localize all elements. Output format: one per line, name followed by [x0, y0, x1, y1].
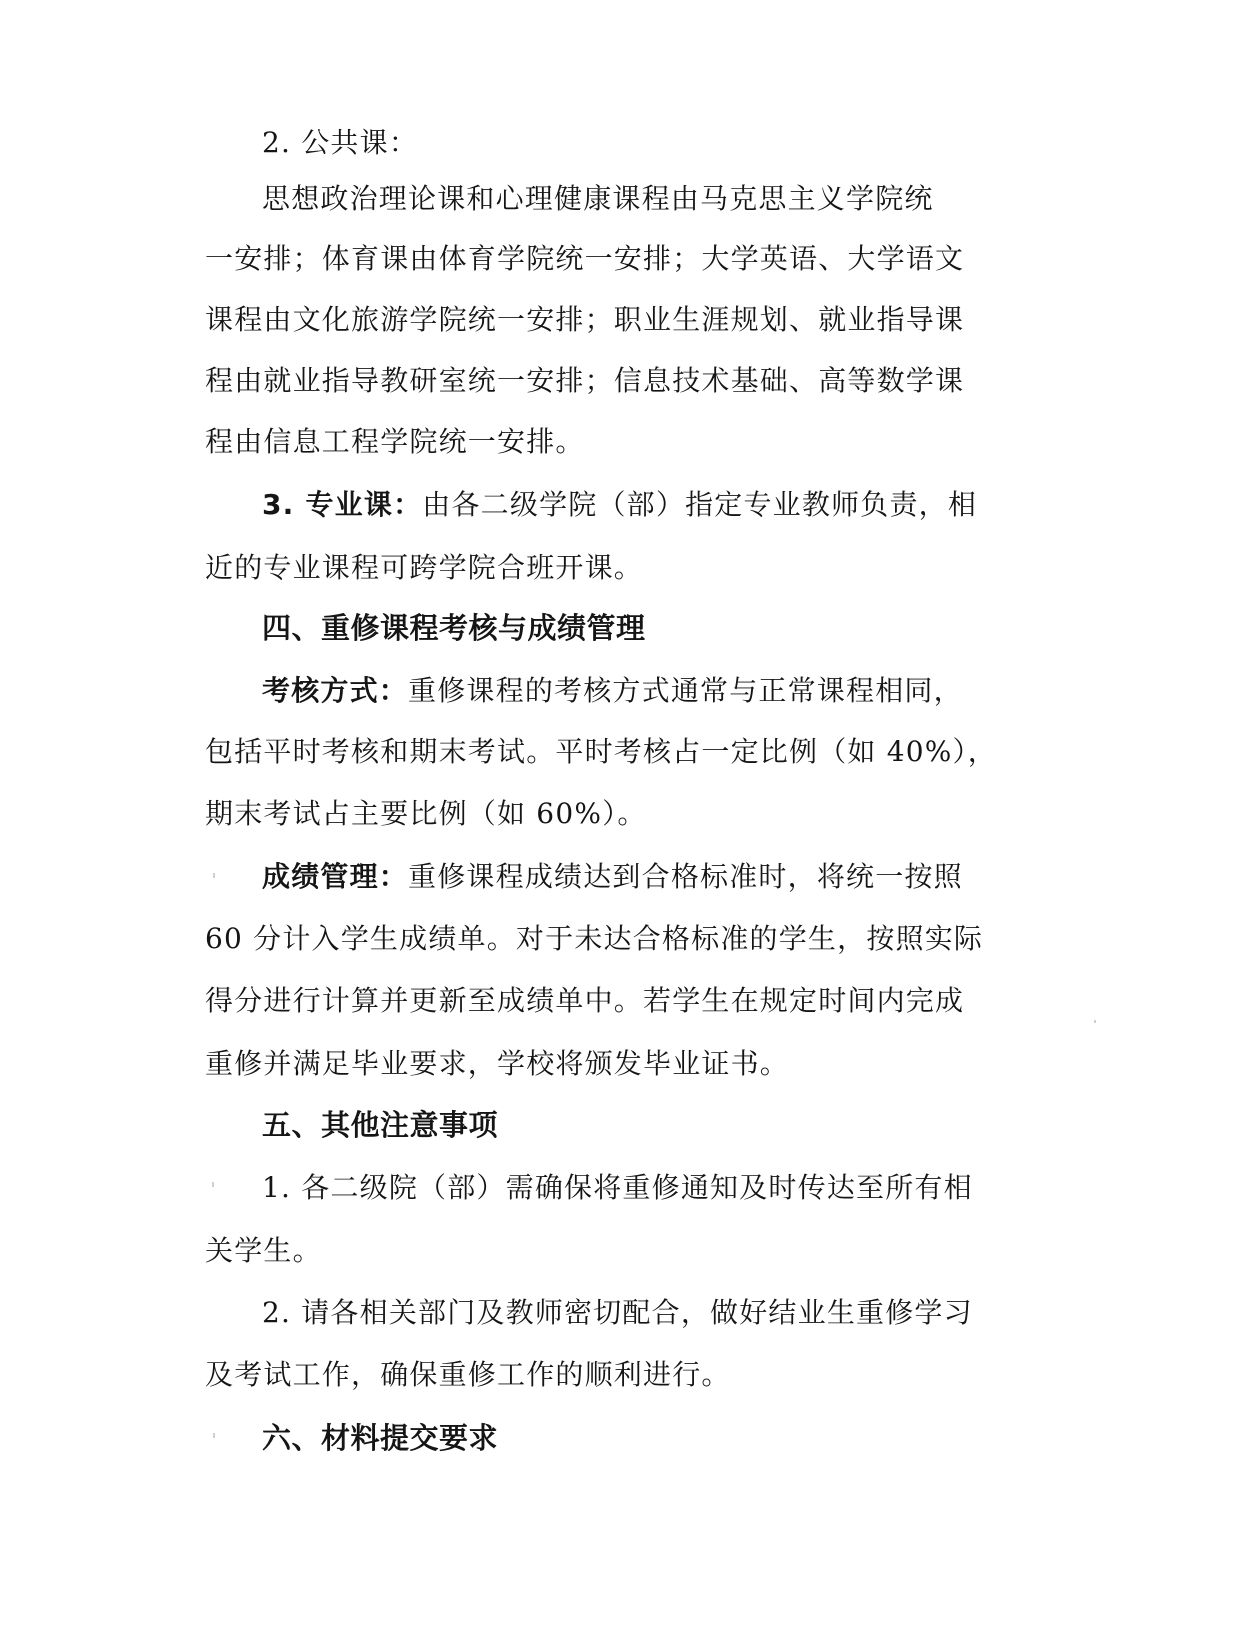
- paragraph-line: 程由信息工程学院统一安排。: [205, 425, 995, 459]
- paragraph-line: 得分进行计算并更新至成绩单中。若学生在规定时间内完成: [205, 984, 995, 1018]
- line-text: 近的专业课程可跨学院合班开课。: [205, 551, 643, 584]
- scan-artifact: [1094, 1020, 1096, 1023]
- line-lead: 成绩管理：: [262, 860, 408, 893]
- line-lead: 3. 专业课：: [262, 488, 422, 521]
- heading-text: 六、材料提交要求: [262, 1421, 498, 1455]
- heading-text: 四、重修课程考核与成绩管理: [262, 611, 646, 645]
- paragraph-line: 关学生。: [205, 1234, 995, 1268]
- line-text: 2. 公共课：: [262, 126, 418, 159]
- scan-artifact: [212, 1182, 214, 1187]
- line-text: 由各二级学院（部）指定专业教师负责，相: [422, 488, 977, 521]
- line-text: 得分进行计算并更新至成绩单中。若学生在规定时间内完成: [205, 984, 964, 1017]
- paragraph-line: 1. 各二级院（部）需确保将重修通知及时传达至所有相: [262, 1171, 1052, 1205]
- paragraph-line-assessment-method: 考核方式：重修课程的考核方式通常与正常课程相同，: [262, 674, 1052, 708]
- paragraph-line: 重修并满足毕业要求，学校将颁发毕业证书。: [205, 1047, 995, 1081]
- paragraph-line: 及考试工作，确保重修工作的顺利进行。: [205, 1358, 995, 1392]
- paragraph-line: 期末考试占主要比例（如 60%）。: [205, 797, 995, 831]
- scan-artifact: [213, 1433, 215, 1438]
- line-text: 一安排；体育课由体育学院统一安排；大学英语、大学语文: [205, 242, 964, 275]
- line-text: 程由就业指导教研室统一安排；信息技术基础、高等数学课: [205, 364, 964, 397]
- paragraph-line: 包括平时考核和期末考试。平时考核占一定比例（如 40%），: [205, 735, 995, 769]
- line-text: 程由信息工程学院统一安排。: [205, 425, 585, 458]
- line-text: 课程由文化旅游学院统一安排；职业生涯规划、就业指导课: [205, 303, 964, 336]
- line-text: 重修课程成绩达到合格标准时，将统一按照: [408, 860, 963, 893]
- paragraph-line: 思想政治理论课和心理健康课程由马克思主义学院统: [262, 182, 1052, 216]
- line-text: 重修并满足毕业要求，学校将颁发毕业证书。: [205, 1047, 789, 1080]
- heading-text: 五、其他注意事项: [262, 1108, 498, 1142]
- paragraph-line: 课程由文化旅游学院统一安排；职业生涯规划、就业指导课: [205, 303, 995, 337]
- scan-artifact: [213, 873, 215, 878]
- line-text: 及考试工作，确保重修工作的顺利进行。: [205, 1358, 731, 1391]
- paragraph-line-professional-courses: 3. 专业课：由各二级学院（部）指定专业教师负责，相: [262, 488, 1052, 522]
- section-heading-6: 六、材料提交要求: [262, 1421, 1052, 1455]
- line-text: 包括平时考核和期末考试。平时考核占一定比例（如 40%），: [205, 735, 997, 768]
- line-text: 重修课程的考核方式通常与正常课程相同，: [408, 674, 963, 707]
- paragraph-line: 60 分计入学生成绩单。对于未达合格标准的学生，按照实际: [205, 922, 995, 956]
- subheading-public-courses: 2. 公共课：: [262, 126, 1052, 160]
- paragraph-line: 程由就业指导教研室统一安排；信息技术基础、高等数学课: [205, 364, 995, 398]
- line-lead: 考核方式：: [262, 674, 408, 707]
- paragraph-line: 近的专业课程可跨学院合班开课。: [205, 551, 995, 585]
- line-text: 关学生。: [205, 1234, 322, 1267]
- paragraph-line: 2. 请各相关部门及教师密切配合，做好结业生重修学习: [262, 1296, 1052, 1330]
- line-text: 期末考试占主要比例（如 60%）。: [205, 797, 647, 830]
- line-text: 2. 请各相关部门及教师密切配合，做好结业生重修学习: [262, 1296, 973, 1329]
- line-text: 60 分计入学生成绩单。对于未达合格标准的学生，按照实际: [205, 922, 983, 955]
- scanned-document-page: 2. 公共课： 思想政治理论课和心理健康课程由马克思主义学院统 一安排；体育课由…: [0, 0, 1242, 1650]
- line-text: 思想政治理论课和心理健康课程由马克思主义学院统: [262, 182, 934, 215]
- line-text: 1. 各二级院（部）需确保将重修通知及时传达至所有相: [262, 1171, 973, 1204]
- section-heading-5: 五、其他注意事项: [262, 1108, 1052, 1142]
- paragraph-line: 一安排；体育课由体育学院统一安排；大学英语、大学语文: [205, 242, 995, 276]
- paragraph-line-grade-management: 成绩管理：重修课程成绩达到合格标准时，将统一按照: [262, 860, 1052, 894]
- section-heading-4: 四、重修课程考核与成绩管理: [262, 611, 1052, 645]
